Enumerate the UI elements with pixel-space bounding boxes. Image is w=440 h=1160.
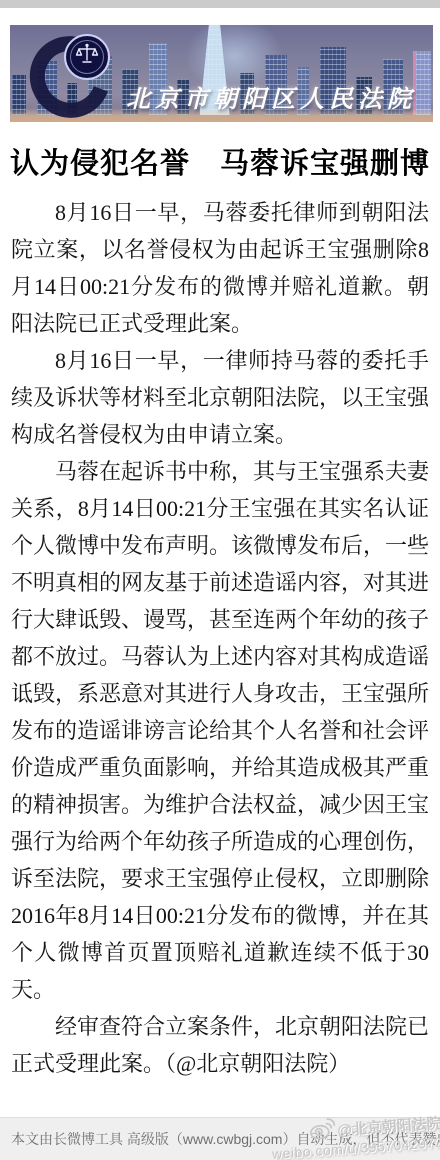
- paragraph-4: 经审查符合立案条件，北京朝阳法院已正式受理此案。（@北京朝阳法院）: [11, 1008, 429, 1082]
- generator-footer-text: 本文由长微博工具 高级版（www.cwbgj.com）自动生成，但不代表赞成其观…: [11, 1129, 440, 1149]
- scales-of-justice-icon: [75, 43, 99, 72]
- banner-court-name: 北京市朝阳区人民法院: [126, 79, 416, 114]
- court-header-banner: 北京市朝阳区人民法院: [10, 25, 433, 122]
- top-gray-strip: [0, 0, 440, 8]
- paragraph-3: 马蓉在起诉书中称，其与王宝强系夫妻关系，8月14日00:21分王宝强在其实名认证…: [11, 453, 429, 1008]
- generator-footer-bar: 本文由长微博工具 高级版（www.cwbgj.com）自动生成，但不代表赞成其观…: [0, 1117, 440, 1160]
- court-seal: [64, 34, 110, 80]
- article-body: 8月16日一早，马蓉委托律师到朝阳法院立案，以名誉侵权为由起诉王宝强删除8月14…: [11, 194, 429, 1082]
- long-weibo-post-image: 北京市朝阳区人民法院 认为侵犯名誉 马蓉诉宝强删博 8月16日一早，马蓉委托律师…: [0, 0, 440, 1160]
- paragraph-2: 8月16日一早，一律师持马蓉的委托手续及诉状等材料至北京朝阳法院，以王宝强构成名…: [11, 342, 429, 453]
- article-title: 认为侵犯名誉 马蓉诉宝强删博: [0, 148, 440, 181]
- paragraph-1: 8月16日一早，马蓉委托律师到朝阳法院立案，以名誉侵权为由起诉王宝强删除8月14…: [11, 194, 429, 342]
